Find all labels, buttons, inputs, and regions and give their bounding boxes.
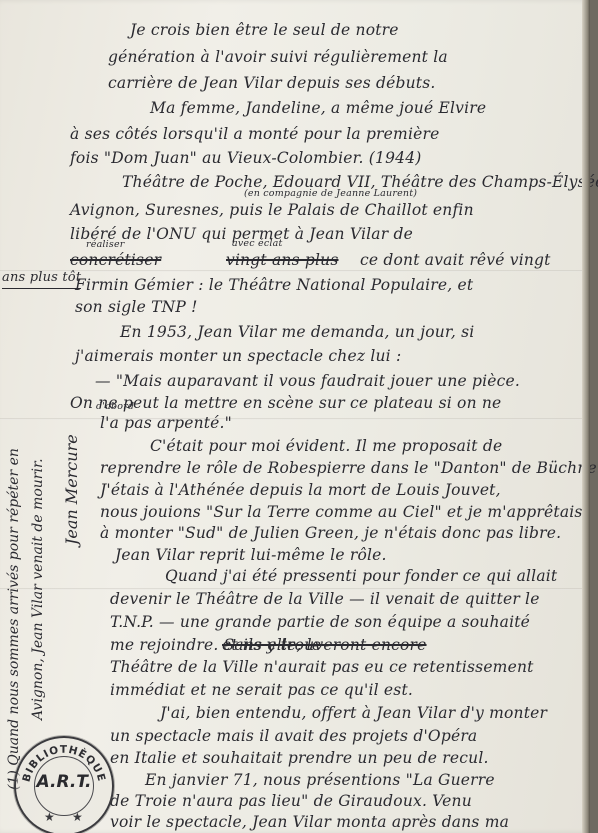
footnote-line-2: Avignon, Jean Vilar venait de mourir.: [30, 458, 46, 720]
struck-out-phrase: et ils y trouveront encore: [222, 635, 427, 655]
left-margin-insertion: ans plus tôt: [2, 268, 81, 289]
handwritten-line: reprendre le rôle de Robespierre dans le…: [100, 458, 598, 478]
handwritten-line: immédiat et ne serait pas ce qu'il est.: [110, 680, 413, 700]
inserted-phrase: (en compagnie de Jeanne Laurent): [244, 188, 417, 199]
handwritten-line: nous jouions "Sur la Terre comme au Ciel…: [100, 502, 583, 522]
handwritten-line: son sigle TNP !: [75, 297, 198, 317]
star-icon: ★: [44, 810, 55, 824]
handwritten-line: en Italie et souhaitait prendre un peu d…: [110, 748, 489, 768]
handwritten-line: de Troie n'aura pas lieu" de Giraudoux. …: [110, 791, 472, 811]
handwritten-line: l'a pas arpenté.": [100, 413, 232, 433]
struck-out-phrase: concrétiser: [70, 250, 161, 270]
handwritten-line: T.N.P. — une grande partie de son équipe…: [110, 612, 530, 632]
handwritten-line: C'était pour moi évident. Il me proposai…: [150, 436, 502, 456]
letter-page: Je crois bien être le seul de notregénér…: [0, 0, 590, 833]
inserted-phrase: d'abord: [96, 401, 134, 412]
handwritten-line: En 1953, Jean Vilar me demanda, un jour,…: [120, 322, 474, 342]
handwritten-line: En janvier 71, nous présentions "La Guer…: [145, 770, 495, 790]
stamp-center-text: A.R.T.: [16, 772, 112, 792]
handwritten-line: génération à l'avoir suivi régulièrement…: [108, 47, 448, 67]
handwritten-line: Jean Vilar reprit lui-même le rôle.: [115, 545, 387, 565]
handwritten-line: Ma femme, Jandeline, a même joué Elvire: [150, 98, 486, 118]
handwritten-line: à monter "Sud" de Julien Green, je n'éta…: [100, 523, 561, 543]
star-icon: ★: [72, 810, 83, 824]
handwritten-line: — "Mais auparavant il vous faudrait joue…: [95, 371, 520, 391]
handwritten-line: Je crois bien être le seul de notre: [130, 20, 399, 40]
handwritten-line: Firmin Gémier : le Théâtre National Popu…: [75, 275, 473, 295]
handwritten-line: devenir le Théâtre de la Ville — il vena…: [110, 589, 540, 609]
handwritten-line: j'aimerais monter un spectacle chez lui …: [75, 346, 401, 366]
handwritten-line: Avignon, Suresnes, puis le Palais de Cha…: [70, 200, 474, 220]
handwritten-line: un spectacle mais il avait des projets d…: [110, 726, 477, 746]
handwritten-line: J'étais à l'Athénée depuis la mort de Lo…: [100, 480, 501, 500]
handwritten-line: On ne peut la mettre en scène sur ce pla…: [70, 393, 501, 413]
signature: Jean Mercure: [62, 434, 81, 545]
inserted-phrase: réaliser: [86, 239, 125, 250]
handwritten-line: J'ai, bien entendu, offert à Jean Vilar …: [160, 703, 547, 723]
handwritten-line: à ses côtés lorsqu'il a monté pour la pr…: [70, 124, 439, 144]
inserted-phrase: avec éclat: [232, 238, 282, 249]
paper-fold: [0, 270, 590, 272]
handwritten-line: Théâtre de la Ville n'aurait pas eu ce r…: [110, 657, 534, 677]
handwritten-line: voir le spectacle, Jean Vilar monta aprè…: [110, 812, 509, 832]
handwritten-line: ce dont avait rêvé vingt: [360, 250, 551, 270]
handwritten-line: carrière de Jean Vilar depuis ses débuts…: [108, 73, 436, 93]
handwritten-line: fois "Dom Juan" au Vieux-Colombier. (194…: [70, 148, 422, 168]
handwritten-line: Quand j'ai été pressenti pour fonder ce …: [165, 566, 557, 586]
paper-fold: [0, 418, 590, 420]
struck-out-phrase: vingt ans plus: [226, 250, 339, 270]
page-edge-shadow: [582, 0, 590, 833]
library-stamp: BIBLIOTHÈQUE A.R.T. ★ ★: [14, 736, 114, 833]
